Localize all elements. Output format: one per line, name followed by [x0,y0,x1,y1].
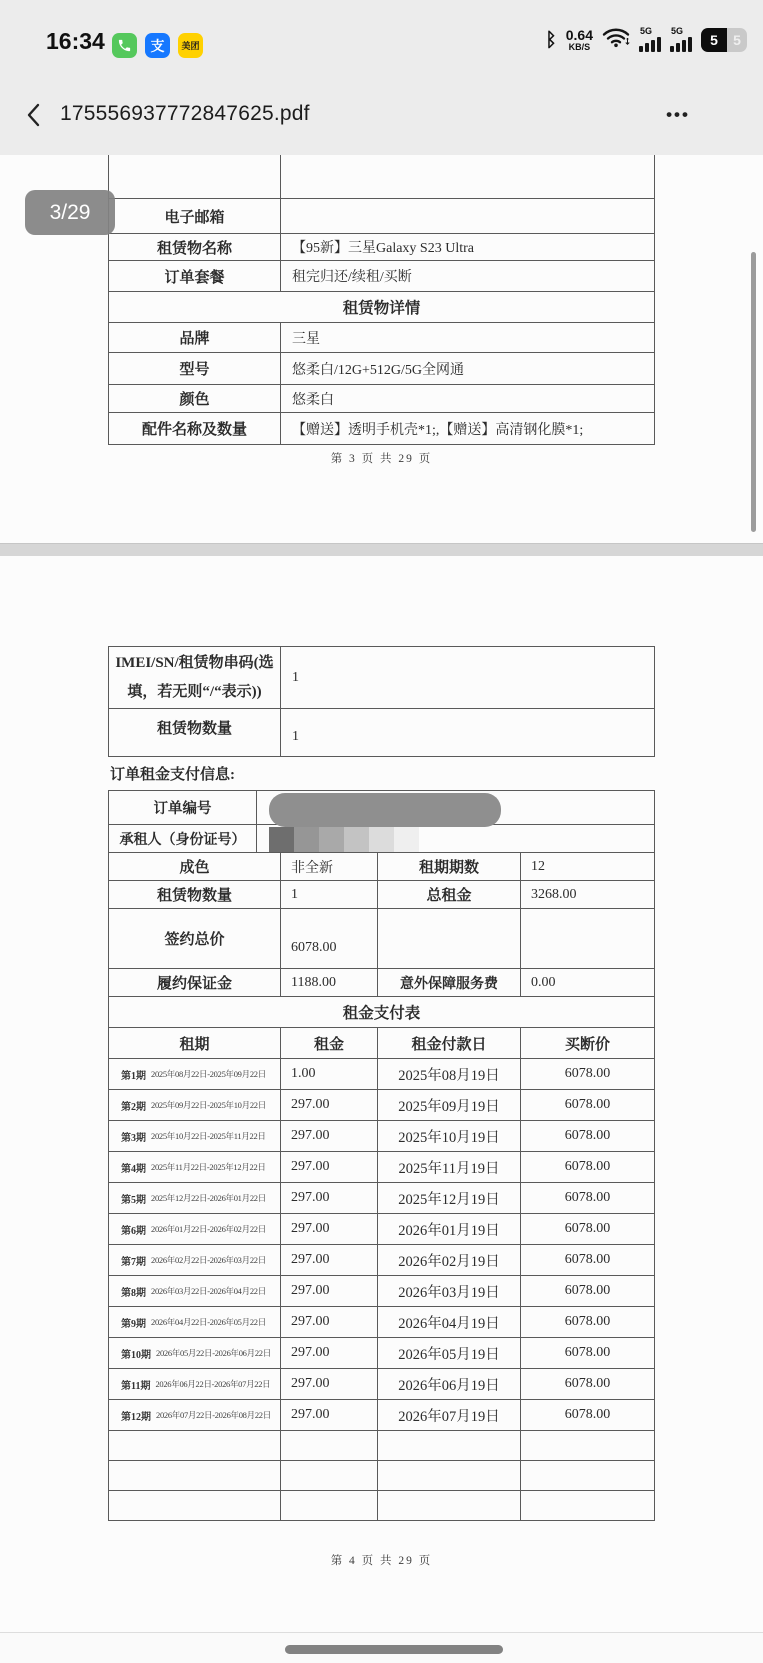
pdf-viewport[interactable]: 电子邮箱 租赁物名称 【95新】三星Galaxy S23 Ultra 订单套餐 … [0,155,763,1632]
battery-indicator: 5 5 [701,28,747,52]
alipay-icon: 支 [145,33,170,58]
table-row: 租赁物名称 【95新】三星Galaxy S23 Ultra [109,234,654,261]
order-no-row: 订单编号 [109,791,654,825]
sign-total-row: 签约总价 6078.00 [109,909,654,969]
order-payment-table: 订单编号 承租人（身份证号） 成色 非全新 租期期数 12 租赁物数量 1 总租… [108,790,655,1521]
document-title: 175556937772847625.pdf [60,102,310,126]
pay-row-6: 第6期2026年01月22日-2026年02月22日 297.00 2026年0… [109,1214,654,1245]
redaction-mosaic [269,827,419,852]
pay-row-5: 第5期2025年12月22日-2026年01月22日 297.00 2025年1… [109,1183,654,1214]
empty-row [109,1461,654,1491]
more-options-button[interactable]: ••• [650,96,706,134]
phone-call-icon [112,33,137,58]
empty-row [109,1491,654,1521]
network-speed: 0.64 KB/S [566,28,593,52]
table-row [109,155,654,199]
page-number-badge: 3/29 [25,190,115,235]
pay-row-2: 第2期2025年09月22日-2025年10月22日 297.00 2025年0… [109,1090,654,1121]
wifi-icon [602,26,630,53]
quantity-row: 租赁物数量 1 总租金 3268.00 [109,881,654,909]
scrollbar-thumb[interactable] [751,252,756,532]
status-bar: 16:34 支 美团 ᛒ 0.64 KB/S 5G 5G [0,0,763,75]
pay-row-3: 第3期2025年10月22日-2025年11月22日 297.00 2025年1… [109,1121,654,1152]
pay-info-heading: 订单租金支付信息: [110,763,235,784]
deposit-row: 履约保证金 1188.00 意外保障服务费 0.00 [109,969,654,997]
pay-row-11: 第11期2026年06月22日-2026年07月22日 297.00 2026年… [109,1369,654,1400]
page-separator [0,543,763,556]
signal-sim1-icon: 5G [639,27,661,52]
pay-row-1: 第1期2025年08月22日-2025年09月22日 1.00 2025年08月… [109,1059,654,1090]
pay-row-8: 第8期2026年03月22日-2026年04月22日 297.00 2026年0… [109,1276,654,1307]
pay-row-7: 第7期2026年02月22日-2026年03月22日 297.00 2026年0… [109,1245,654,1276]
pay-table-header-row: 租期 租金 租金付款日 买断价 [109,1028,654,1059]
table-row: 配件名称及数量 【赠送】透明手机壳*1;,【赠送】高清钢化膜*1; [109,413,654,445]
section-header-row: 租赁物详情 [109,292,654,323]
page4-footer: 第 4 页 共 29 页 [108,1552,655,1568]
pay-row-4: 第4期2025年11月22日-2025年12月22日 297.00 2025年1… [109,1152,654,1183]
imei-table: IMEI/SN/租赁物串码(选填，若无则“/“表示)) 1 租赁物数量 1 [108,646,655,757]
status-indicators: ᛒ 0.64 KB/S 5G 5G 5 5 [545,26,747,53]
home-indicator[interactable] [285,1645,503,1654]
table-row: 电子邮箱 [109,199,654,234]
pay-row-12: 第12期2026年07月22日-2026年08月22日 297.00 2026年… [109,1400,654,1431]
table-row: IMEI/SN/租赁物串码(选填，若无则“/“表示)) 1 [109,647,654,709]
signal-sim2-icon: 5G [670,27,692,52]
bluetooth-icon: ᛒ [545,29,556,51]
condition-row: 成色 非全新 租期期数 12 [109,853,654,881]
back-button[interactable] [18,96,52,134]
pay-row-9: 第9期2026年04月22日-2026年05月22日 297.00 2026年0… [109,1307,654,1338]
page3-info-table: 电子邮箱 租赁物名称 【95新】三星Galaxy S23 Ultra 订单套餐 … [108,155,655,445]
table-row: 颜色 悠柔白 [109,385,654,413]
page3-footer: 第 3 页 共 29 页 [108,450,655,466]
table-row: 型号 悠柔白/12G+512G/5G全网通 [109,353,654,385]
clock: 16:34 [46,28,105,55]
pay-row-10: 第10期2026年05月22日-2026年06月22日 297.00 2026年… [109,1338,654,1369]
table-row: 品牌 三星 [109,323,654,353]
notification-icons: 支 美团 [112,33,203,58]
table-row: 租赁物数量 1 [109,709,654,757]
pay-table-section-row: 租金支付表 [109,997,654,1028]
table-row: 订单套餐 租完归还/续租/买断 [109,261,654,292]
redaction-blob [269,793,501,827]
meituan-icon: 美团 [178,33,203,58]
empty-row [109,1431,654,1461]
